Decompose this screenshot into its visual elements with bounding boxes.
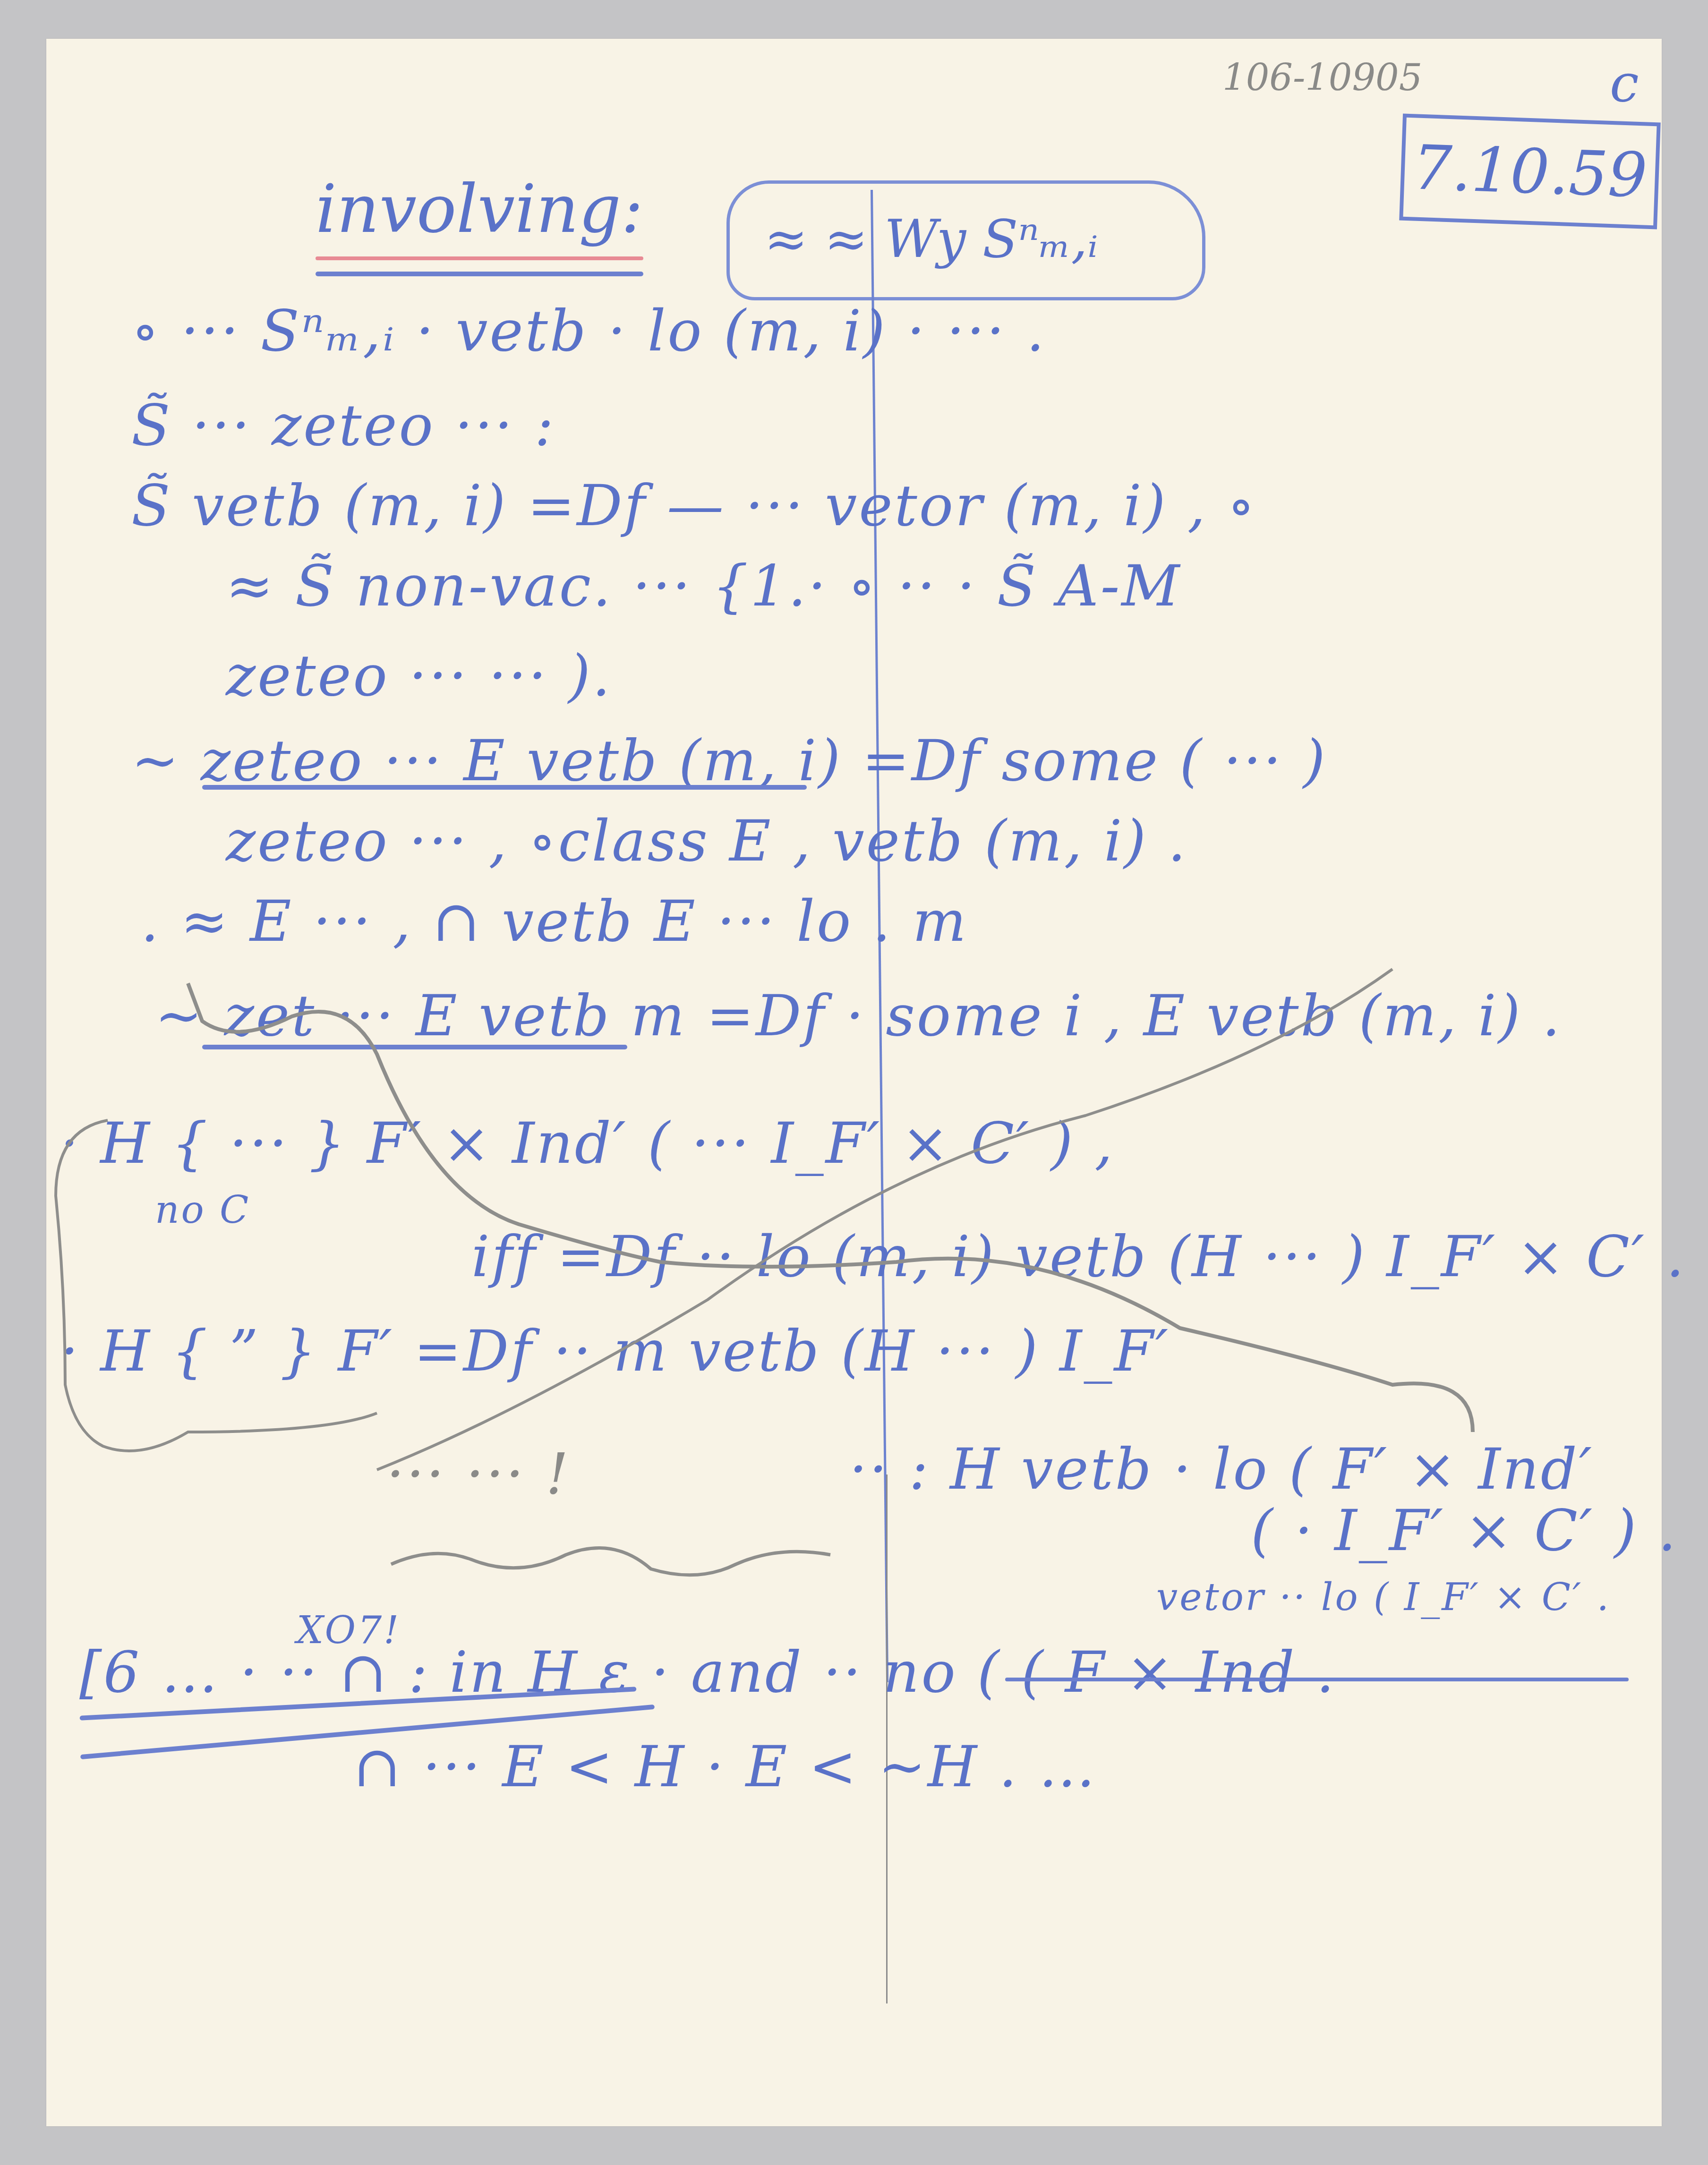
date-text: 7.10.59: [1411, 131, 1648, 211]
text-line: . ≈ E ··· , ∩ vetb E ··· lo . m: [141, 894, 968, 950]
text-line: zeteo ··· , ∘class E , vetb (m, i) .: [226, 813, 1187, 870]
text-line: ∼ zeteo ··· E vetb (m, i) =Df some ( ···…: [131, 733, 1327, 790]
underline: [202, 785, 807, 790]
text-line: zeteo ··· ··· ).: [226, 648, 612, 705]
text-line: S̃ ··· zeteo ··· :: [131, 398, 555, 454]
text-line: ( · I_F′ × C′ ) .: [1251, 1503, 1678, 1560]
heading-note: ≈ ≈ Wy Sⁿₘ,ᵢ: [764, 209, 1098, 269]
pencil-underline: [377, 1526, 897, 1593]
date-box: 7.10.59: [1399, 114, 1661, 230]
archive-number: 106-10905: [1222, 57, 1422, 99]
page-heading: involving:: [316, 171, 643, 248]
pencil-note: ··· ··· !: [386, 1446, 570, 1503]
corner-mark: c: [1610, 53, 1639, 113]
text-line: ∘ ··· Sⁿₘ,ᵢ · vetb · lo (m, i) · ··· .: [131, 303, 1046, 360]
text-line: no C: [155, 1191, 250, 1229]
strikethrough: [1005, 1678, 1629, 1681]
text-line: ·· : H vetb · lo ( F′ × Ind′: [849, 1441, 1594, 1498]
text-line: · H { ” } F′ =Df ·· m vetb (H ··· ) I_F′: [60, 1323, 1170, 1380]
text-line: ∩ ··· E < H · E < ∼H . …: [353, 1739, 1097, 1796]
text-line: ∼ zet ··· E vetb m =Df · some i , E vetb…: [155, 988, 1562, 1045]
underline: [202, 1045, 627, 1049]
text-line: · H { ··· } F′ × Ind′ ( ··· I_F′ × C′ ) …: [60, 1116, 1114, 1172]
text-line: iff =Df ·· lo (m, i) vetb (H ··· ) I_F′ …: [471, 1229, 1686, 1286]
text-line: [6 … · ·· ∩ : in H ε · and ·· no ( ( F ×…: [79, 1645, 1336, 1701]
text-line: vetor ·· lo ( I_F′ × C′ .: [1156, 1578, 1611, 1616]
manuscript-page: 106-10905 c 7.10.59 ≈ ≈ Wy Sⁿₘ,ᵢ involvi…: [46, 39, 1662, 2126]
text-line: S̃ vetb (m, i) =Df — ··· vetor (m, i) , …: [131, 478, 1257, 535]
text-line: ≈ S̃ non-vac. ··· {1.· ∘ ·· · S̃ A-M: [226, 558, 1181, 615]
